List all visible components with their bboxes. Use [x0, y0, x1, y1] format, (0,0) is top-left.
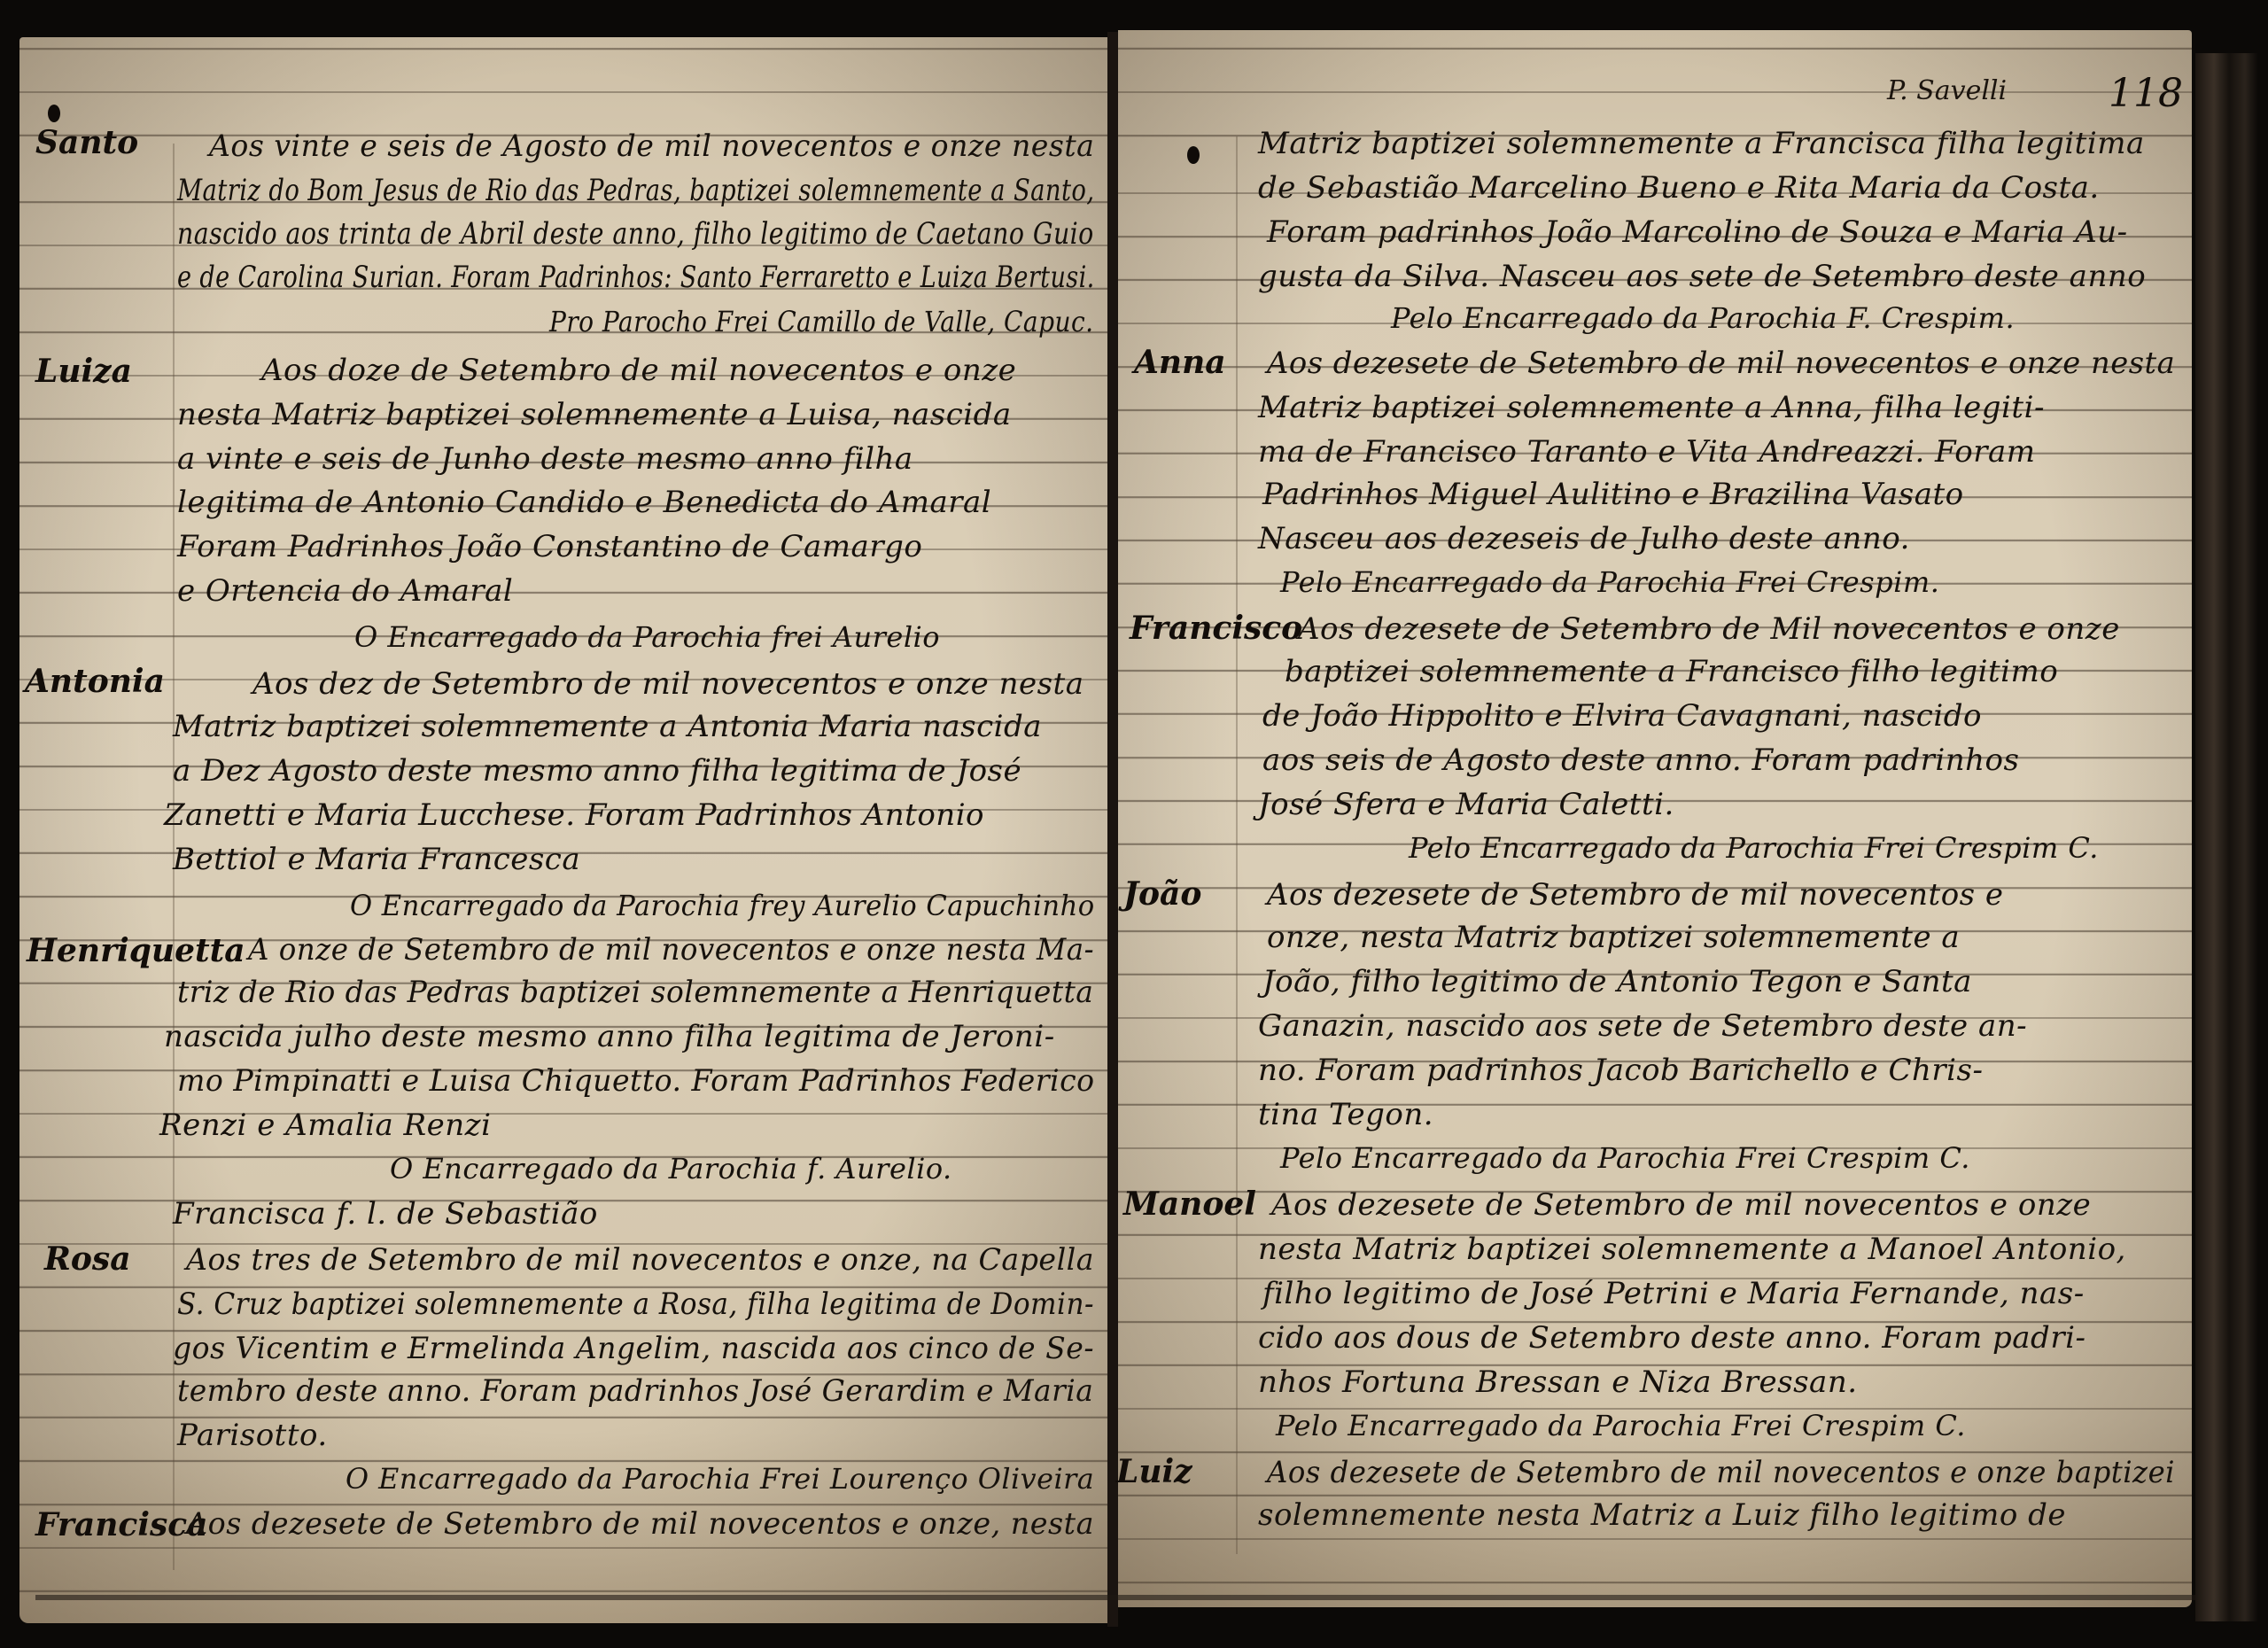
marginal-note: Francisca f. l. de Sebastião	[173, 1196, 598, 1232]
margin-name-manoel: Manoel	[1123, 1185, 1256, 1223]
book-binding-edge	[2195, 53, 2257, 1621]
entry-line: triz de Rio das Pedras baptizei solemnem…	[177, 975, 1093, 1010]
book-spine	[1107, 32, 1118, 1627]
entry-line: nascido aos trinta de Abril deste anno, …	[177, 216, 1094, 252]
entry-line: Aos doze de Setembro de mil novecentos e…	[261, 353, 1016, 388]
register-spread: Santo Aos vinte e seis de Agosto de mil …	[0, 0, 2268, 1648]
entry-line: Aos dezesete de Setembro de mil novecent…	[1267, 346, 2175, 381]
signature: O Encarregado da Parochia f. Aurelio.	[390, 1152, 952, 1185]
entry-line: a Dez Agosto deste mesmo anno filha legi…	[173, 753, 1021, 789]
entry-line: Renzi e Amalia Renzi	[159, 1108, 491, 1143]
margin-name-joao: João	[1123, 875, 1201, 913]
entry-line: baptizei solemnemente a Francisco filho …	[1285, 654, 2058, 689]
entry-line: nesta Matriz baptizei solemnemente a Lui…	[177, 397, 1012, 432]
page-bottom-edge	[35, 1595, 2197, 1600]
margin-name-luiz: Luiz	[1116, 1453, 1192, 1490]
signature: Pelo Encarregado da Parochia Frei Crespi…	[1280, 565, 1939, 599]
entry-line: no. Foram padrinhos Jacob Barichello e C…	[1258, 1053, 1983, 1088]
ink-blot	[48, 105, 60, 122]
entry-line: Matriz baptizei solemnemente a Antonia M…	[173, 709, 1042, 744]
entry-line: Matriz do Bom Jesus de Rio das Pedras, b…	[177, 173, 1094, 208]
entry-line: Ganazin, nascido aos sete de Setembro de…	[1258, 1008, 2027, 1044]
entry-line: gusta da Silva. Nasceu aos sete de Setem…	[1258, 259, 2146, 294]
entry-line: nesta Matriz baptizei solemnemente a Man…	[1258, 1232, 2126, 1267]
entry-line: gos Vicentim e Ermelinda Angelim, nascid…	[173, 1331, 1094, 1366]
entry-line: nhos Fortuna Bressan e Niza Bressan.	[1258, 1364, 1858, 1400]
signature: Pelo Encarregado da Parochia Frei Crespi…	[1409, 831, 2099, 865]
margin-name-henriquetta: Henriquetta	[27, 932, 245, 969]
entry-line: José Sfera e Maria Caletti.	[1258, 787, 1674, 822]
entry-line: Foram Padrinhos João Constantino de Cama…	[177, 529, 922, 564]
entry-line: solemnemente nesta Matriz a Luiz filho l…	[1258, 1497, 2066, 1533]
entry-line: Padrinhos Miguel Aulitino e Brazilina Va…	[1262, 477, 1964, 512]
entry-line: Bettiol e Maria Francesca	[173, 842, 580, 877]
entry-line: e Ortencia do Amaral	[177, 573, 513, 609]
entry-line: Aos dezesete de Setembro de mil novecent…	[1267, 1455, 2175, 1490]
signature: Pelo Encarregado da Parochia Frei Crespi…	[1280, 1141, 1970, 1175]
entry-line: ma de Francisco Taranto e Vita Andreazzi…	[1258, 434, 2036, 470]
entry-line: Zanetti e Maria Lucchese. Foram Padrinho…	[164, 797, 984, 833]
entry-line: Aos dezesete de Setembro de mil novecent…	[1271, 1187, 2091, 1223]
margin-name-rosa: Rosa	[44, 1240, 131, 1278]
entry-line: Aos vinte e seis de Agosto de mil novece…	[209, 128, 1094, 164]
entry-line: Aos dezesete de Setembro de Mil novecent…	[1298, 611, 2120, 647]
page-number: 118	[2109, 71, 2183, 116]
entry-line: aos seis de Agosto deste anno. Foram pad…	[1262, 742, 2019, 778]
signature: Pelo Encarregado da Parochia F. Crespim.	[1391, 301, 2015, 335]
signature: O Encarregado da Parochia frey Aurelio C…	[350, 889, 1095, 922]
entry-line: nascida julho deste mesmo anno filha leg…	[164, 1019, 1055, 1054]
margin-name-francisca: Francisca	[35, 1506, 208, 1543]
entry-line: tembro deste anno. Foram padrinhos José …	[177, 1373, 1093, 1409]
signature: Pelo Encarregado da Parochia Frei Crespi…	[1276, 1409, 1966, 1442]
entry-line: legitima de Antonio Candido e Benedicta …	[177, 485, 991, 520]
entry-line: Aos dezesete de Setembro de mil novecent…	[1267, 877, 2004, 913]
entry-line: Parisotto.	[177, 1418, 328, 1453]
entry-line: Aos tres de Setembro de mil novecentos e…	[186, 1242, 1094, 1278]
margin-rule	[1236, 136, 1238, 1554]
entry-line: e de Carolina Surian. Foram Padrinhos: S…	[177, 260, 1095, 295]
entry-line: a vinte e seis de Junho deste mesmo anno…	[177, 441, 913, 477]
page-annotation: P. Savelli	[1887, 75, 2007, 106]
entry-line: filho legitimo de José Petrini e Maria F…	[1262, 1276, 2085, 1311]
entry-line: Foram padrinhos João Marcolino de Souza …	[1267, 214, 2128, 250]
entry-line: onze, nesta Matriz baptizei solemnemente…	[1267, 920, 1960, 955]
entry-line: S. Cruz baptizei solemnemente a Rosa, fi…	[177, 1287, 1094, 1322]
signature: Pro Parocho Frei Camillo de Valle, Capuc…	[549, 305, 1094, 338]
margin-name-luiza: Luiza	[35, 353, 132, 390]
entry-line: tina Tegon.	[1258, 1097, 1433, 1132]
entry-line: Matriz baptizei solemnemente a Anna, fil…	[1258, 390, 2045, 425]
margin-name-santo: Santo	[35, 124, 138, 161]
entry-line: Aos dezesete de Setembro de mil novecent…	[186, 1506, 1094, 1542]
entry-line: cido aos dous de Setembro deste anno. Fo…	[1258, 1320, 2085, 1356]
entry-line: Nasceu aos dezeseis de Julho deste anno.	[1258, 521, 1910, 556]
entry-line: de João Hippolito e Elvira Cavagnani, na…	[1262, 698, 1982, 734]
entry-line: João, filho legitimo de Antonio Tegon e …	[1262, 964, 1972, 999]
entry-line: Aos dez de Setembro de mil novecentos e …	[252, 666, 1084, 702]
ink-blot	[1187, 146, 1200, 164]
entry-line: de Sebastião Marcelino Bueno e Rita Mari…	[1258, 170, 2100, 206]
entry-line: Matriz baptizei solemnemente a Francisca…	[1258, 126, 2145, 161]
entry-line: mo Pimpinatti e Luisa Chiquetto. Foram P…	[177, 1063, 1095, 1099]
margin-name-antonia: Antonia	[25, 663, 165, 700]
margin-name-francisco: Francisco	[1130, 610, 1302, 647]
signature: O Encarregado da Parochia Frei Lourenço …	[346, 1462, 1094, 1496]
signature: O Encarregado da Parochia frei Aurelio	[354, 620, 940, 654]
margin-name-anna: Anna	[1134, 344, 1226, 381]
entry-line: A onze de Setembro de mil novecentos e o…	[248, 932, 1094, 968]
